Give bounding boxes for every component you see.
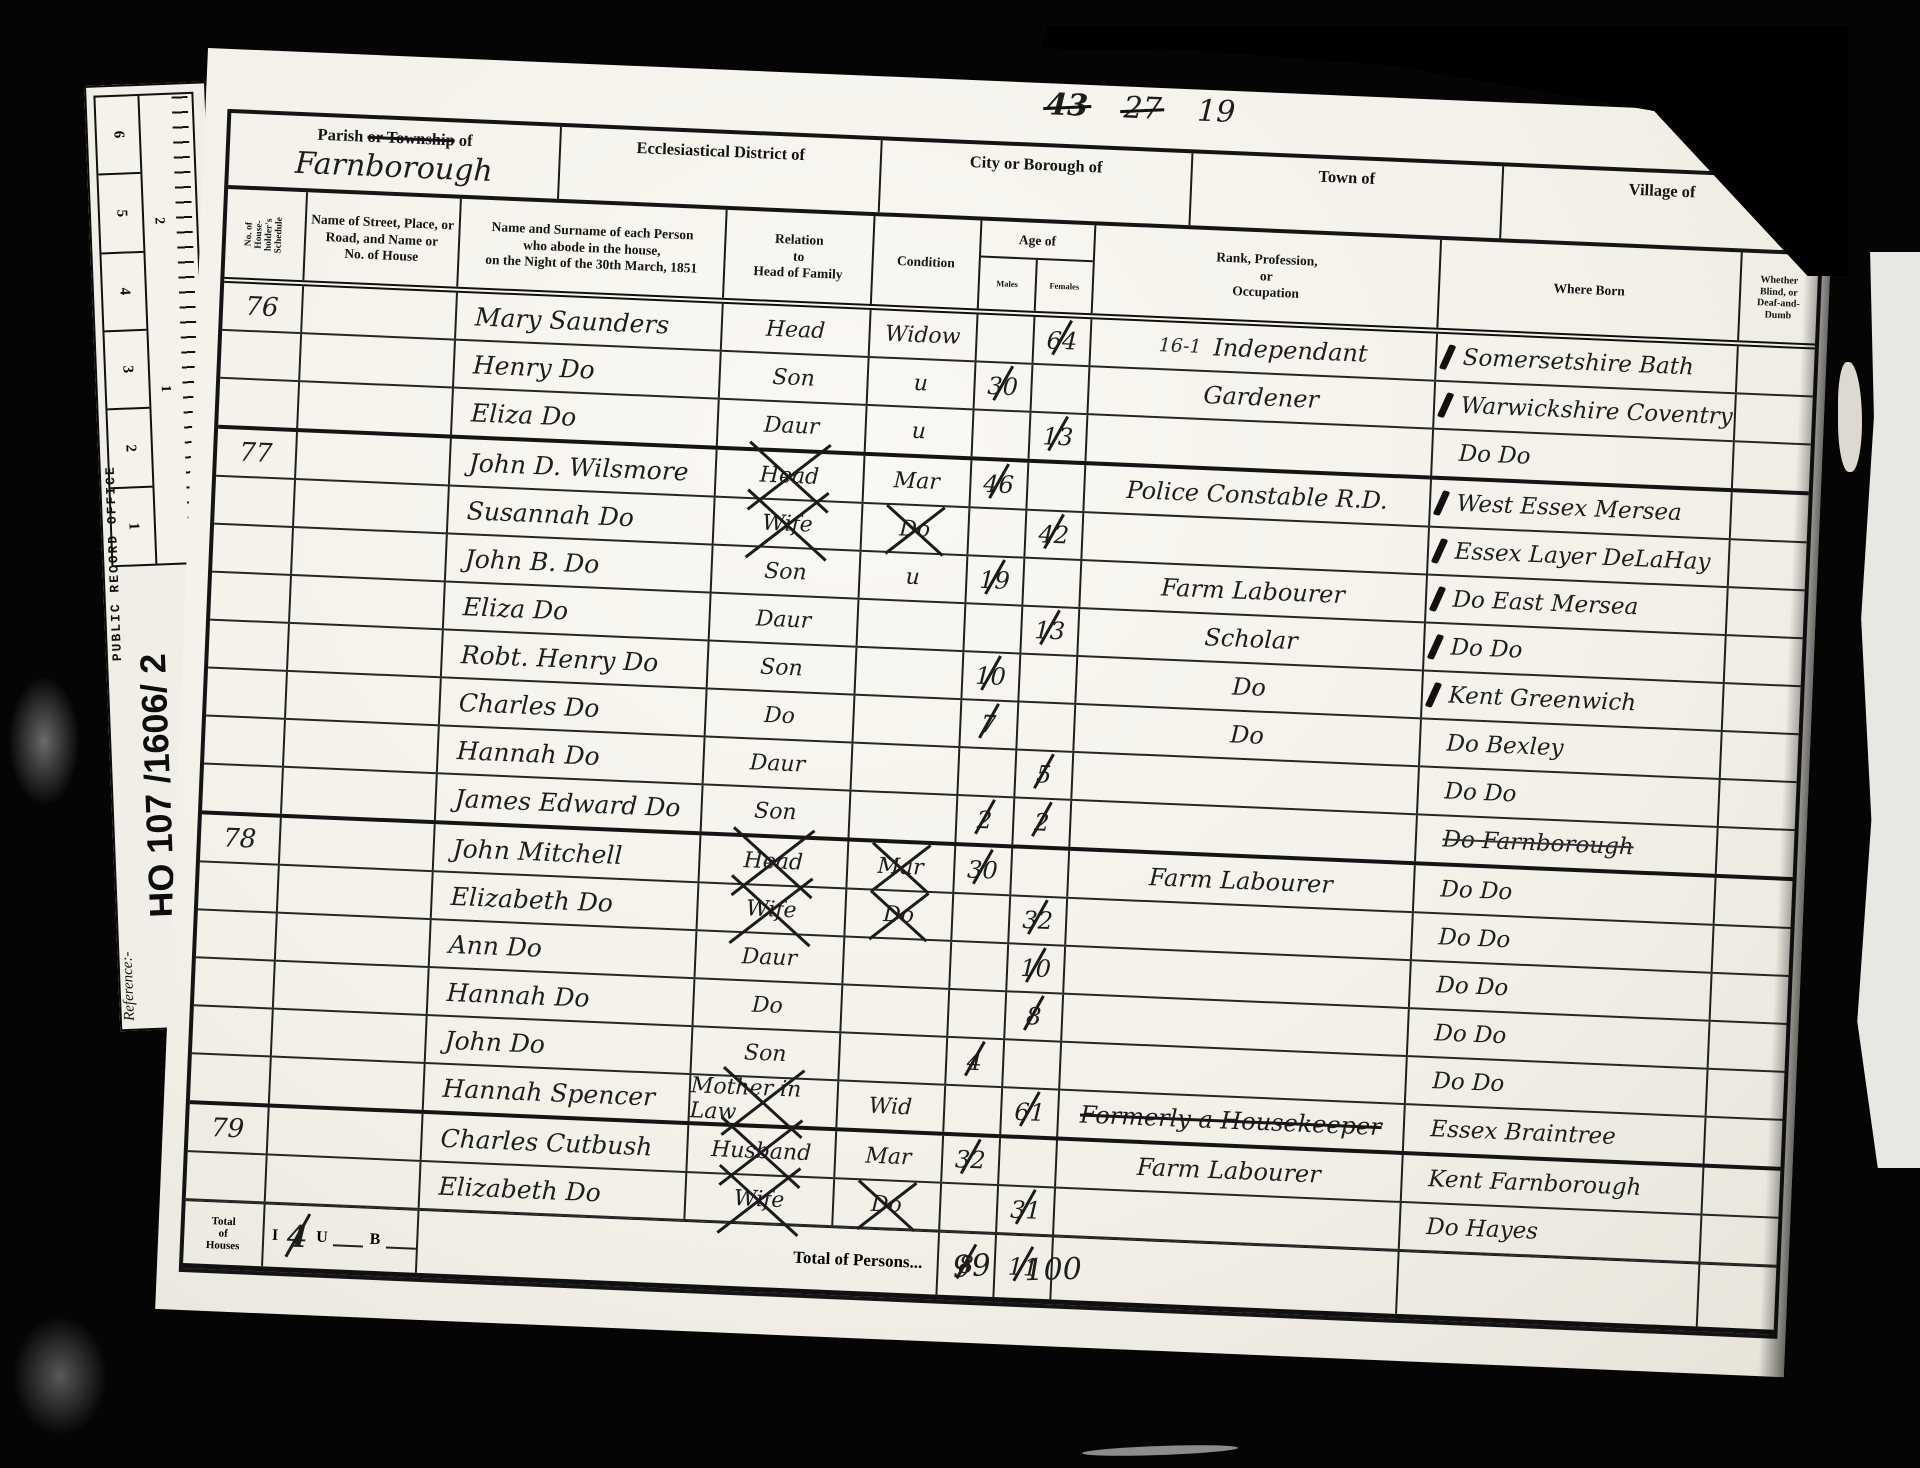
born-wrap: Do Do: [1432, 440, 1732, 478]
age-female-value: [1039, 582, 1065, 583]
schedule-cell: [214, 477, 295, 526]
scan-smudge: [8, 676, 80, 806]
condition-cell: Do: [833, 1179, 941, 1229]
name-cell: John D. Wilsmore: [450, 439, 718, 496]
name-cell: John B. Do: [446, 534, 714, 591]
district-cell: Ecclesiastical District of: [559, 127, 882, 212]
scan-smudge: [12, 1316, 108, 1436]
age-female-cell: [1027, 463, 1086, 511]
occupation-value: Do: [1230, 720, 1265, 749]
born-wrap: Essex Braintree: [1404, 1115, 1704, 1153]
schedule-cell: 76: [222, 283, 303, 332]
person-name: Mary Saunders: [456, 301, 669, 339]
district-label: Ecclesiastical District of: [561, 135, 880, 168]
age-female-cell: [999, 1138, 1058, 1186]
relation-value: Son: [744, 1040, 788, 1067]
born-wrap: Warwickshire Coventry: [1434, 392, 1734, 430]
born-value: Warwickshire Coventry: [1460, 393, 1733, 430]
tally-tick-mark: [1436, 392, 1454, 418]
schedule-cell: [202, 764, 283, 813]
occupation-wrap: Gardener: [1089, 376, 1433, 418]
born-value: Do Do: [1444, 778, 1517, 807]
age-male-cell: [952, 894, 1011, 942]
age-male-cell: 10: [962, 652, 1021, 700]
street-cell: [296, 432, 452, 484]
census-rows: 76 Mary Saunders Head Widow 64 16-1 Inde…: [186, 283, 1815, 1267]
relation-cell: Daur: [704, 737, 854, 789]
condition-value: Do: [899, 516, 931, 542]
schedule-cell: 77: [216, 429, 297, 478]
relation-cell: Son: [691, 1027, 841, 1079]
condition-value: u: [905, 564, 920, 590]
schedule-cell: [194, 958, 275, 1007]
schedule-number: 77: [239, 438, 273, 469]
torn-paper-edge: [1856, 252, 1920, 1168]
occupation-wrap: [1067, 922, 1410, 936]
occupation-value: Formerly a Housekeeper: [1079, 1100, 1382, 1141]
scan-background: 654321 21 PUBLIC RECORD OFFICE HO 107 /1…: [0, 0, 1920, 1468]
condition-cell: [841, 985, 949, 1035]
ruler-number: 5: [98, 174, 143, 254]
condition-cell: Wid: [837, 1081, 945, 1131]
age-male-cell: 46: [970, 460, 1029, 508]
street-cell: [290, 576, 446, 628]
occupation-value: Farm Labourer: [1148, 863, 1333, 899]
tally-tick-mark: [1438, 344, 1456, 370]
occupation-wrap: [1088, 438, 1431, 452]
condition-cell: [851, 744, 959, 794]
age-male-value: 10: [975, 662, 1007, 691]
age-male-cell: [976, 314, 1035, 362]
tally-tick-mark: [1430, 538, 1448, 564]
relation-value: Daur: [749, 750, 805, 777]
street-cell: [284, 720, 440, 772]
relation-cell: Head: [722, 304, 872, 356]
age-male-value: 30: [987, 372, 1019, 401]
folio-number-struck: 43: [1046, 87, 1089, 124]
colhead-born: Where Born: [1438, 240, 1742, 341]
age-female-cell: [1019, 655, 1078, 703]
born-value: West Essex Mersea: [1456, 491, 1682, 526]
relation-value: Do: [763, 702, 795, 728]
relation-cell: Head: [699, 835, 849, 887]
born-value: Kent Farnborough: [1428, 1166, 1642, 1201]
age-male-cell: 7: [960, 700, 1019, 748]
born-wrap: Somersetshire Bath: [1436, 344, 1736, 382]
colhead-age-label: Age of: [1019, 222, 1057, 250]
city-label: City or Borough of: [881, 148, 1190, 181]
street-cell: [298, 382, 454, 434]
occupation-wrap: [1061, 1066, 1404, 1080]
occupation-value: Gardener: [1203, 381, 1320, 414]
born-value: Do East Mersea: [1452, 587, 1639, 621]
condition-cell: [857, 600, 965, 650]
name-cell: John Do: [426, 1016, 694, 1073]
born-value: Do Do: [1458, 441, 1531, 470]
person-name: James Edward Do: [436, 783, 681, 822]
occupation-wrap: [1055, 1211, 1398, 1225]
street-cell: [265, 1155, 421, 1207]
condition-value: u: [911, 418, 926, 444]
age-female-cell: 13: [1029, 413, 1088, 461]
condition-cell: Do: [845, 890, 953, 940]
parish-label-struck: or Township: [367, 127, 455, 150]
age-male-cell: 30: [974, 362, 1033, 410]
age-female-value: [1035, 678, 1061, 679]
relation-cell: Husband: [687, 1125, 837, 1177]
age-female-cell: 2: [1013, 798, 1072, 846]
schedule-cell: [218, 379, 299, 428]
age-male-value: [988, 434, 1014, 435]
age-female-cell: 13: [1021, 607, 1080, 655]
age-male-cell: [950, 942, 1009, 990]
relation-cell: Son: [712, 546, 862, 598]
age-female-value: [1043, 486, 1069, 487]
census-page: 43 27 19 Parish or Township of Farnborou…: [155, 48, 1836, 1377]
age-male-value: 7: [975, 710, 1002, 739]
pencil-note: 16-1: [1158, 334, 1202, 358]
born-value: Do Do: [1436, 972, 1509, 1001]
relation-cell: Do: [693, 979, 843, 1031]
relation-cell: Head: [716, 450, 866, 502]
colhead-schedule: No. of House- holder's Schedule: [224, 189, 307, 280]
age-female-cell: 42: [1025, 511, 1084, 559]
occupation-wrap: Police Constable R.D.: [1085, 474, 1429, 516]
condition-cell: [839, 1033, 947, 1083]
relation-value: Do: [751, 992, 783, 1018]
age-male-value: [965, 966, 991, 967]
age-female-cell: 32: [1009, 896, 1068, 944]
occupation-value: Independant: [1213, 333, 1368, 367]
schedule-cell: [190, 1054, 271, 1103]
houses-value: 4: [283, 1219, 310, 1255]
age-female-value: 61: [1014, 1098, 1046, 1127]
condition-cell: [849, 792, 957, 842]
relation-value: Head: [743, 848, 803, 875]
age-female-value: 32: [1022, 906, 1054, 935]
person-name: Susannah Do: [448, 495, 634, 532]
occupation-wrap: [1084, 536, 1427, 550]
scan-highlight: [1082, 1443, 1238, 1457]
age-female-cell: [1031, 365, 1090, 413]
street-cell: [273, 962, 429, 1014]
folio-numbers: 43 27 19: [1046, 87, 1262, 131]
person-name: Elizabeth Do: [420, 1170, 601, 1207]
relation-cell: Son: [708, 642, 858, 694]
inhabited-label: I: [272, 1227, 279, 1245]
name-cell: Susannah Do: [448, 487, 716, 544]
schedule-number: 79: [210, 1113, 244, 1144]
born-wrap: Do Bexley: [1420, 729, 1720, 767]
schedule-cell: [220, 331, 301, 380]
street-cell: [292, 528, 448, 580]
age-male-cell: 19: [966, 556, 1025, 604]
age-male-cell: 32: [942, 1136, 1001, 1184]
age-male-value: 46: [983, 470, 1015, 499]
parish-label-pre: Parish: [317, 125, 364, 146]
ruler-number: 4: [101, 252, 146, 332]
condition-cell: [853, 696, 961, 746]
person-name: Charles Do: [440, 687, 600, 723]
relation-cell: Son: [720, 352, 870, 404]
age-female-value: 8: [1020, 1002, 1047, 1031]
schedule-cell: [204, 717, 285, 766]
occupation-wrap: [1063, 1018, 1406, 1032]
age-male-value: 4: [961, 1047, 988, 1076]
schedule-cell: [196, 910, 277, 959]
relation-cell: Wife: [685, 1173, 835, 1225]
age-female-value: [1027, 872, 1053, 873]
tally-tick-mark: [1432, 490, 1450, 516]
condition-cell: Mar: [863, 456, 971, 506]
name-cell: Hannah Do: [428, 968, 696, 1025]
colhead-occupation: Rank, Profession, or Occupation: [1093, 225, 1442, 327]
age-female-value: [1019, 1064, 1045, 1065]
tally-tick-mark: [1424, 682, 1442, 708]
condition-value: Mar: [877, 853, 924, 880]
condition-value: Mar: [893, 468, 940, 495]
name-cell: Hannah Spencer: [424, 1064, 692, 1121]
age-female-cell: 61: [1001, 1088, 1060, 1136]
relation-value: Mother in Law: [689, 1073, 837, 1129]
colhead-name: Name and Surname of each Person who abod…: [458, 199, 727, 298]
person-name: Elizabeth Do: [432, 881, 613, 918]
occupation-wrap: Formerly a Housekeeper: [1059, 1100, 1403, 1142]
age-female-value: [1033, 726, 1059, 727]
town-label: Town of: [1192, 161, 1501, 194]
folio-number-struck: 27: [1123, 90, 1163, 127]
occupation-wrap: Do: [1075, 714, 1419, 756]
condition-value: u: [913, 370, 928, 396]
street-cell: [294, 480, 450, 532]
born-value: Essex Braintree: [1430, 1116, 1616, 1150]
condition-value: Mar: [865, 1143, 912, 1170]
person-name: Henry Do: [454, 349, 595, 384]
born-value: Do Bexley: [1446, 730, 1564, 761]
condition-cell: Widow: [870, 310, 978, 360]
relation-cell: Mother in Law: [689, 1075, 839, 1127]
street-cell: [279, 818, 435, 870]
reference-label: Reference:-: [117, 881, 139, 1022]
street-cell: [271, 1010, 427, 1062]
born-wrap: Kent Greenwich: [1422, 681, 1722, 719]
occupation-wrap: Do: [1077, 666, 1421, 708]
occupation-value: Farm Labourer: [1136, 1153, 1321, 1189]
born-wrap: Do Do: [1418, 777, 1718, 815]
born-value: Do Do: [1432, 1068, 1505, 1097]
born-value: Essex Layer DeLaHay: [1454, 539, 1711, 576]
occupation-wrap: Scholar: [1079, 618, 1423, 660]
houses-tally-cell: I 4 U B: [263, 1204, 420, 1272]
occupation-value: Farm Labourer: [1161, 573, 1346, 609]
occupation-value: Do: [1232, 672, 1267, 701]
condition-cell: Mar: [835, 1131, 943, 1181]
relation-value: Daur: [763, 412, 819, 439]
parish-label-post: of: [459, 131, 474, 151]
age-male-cell: 2: [956, 796, 1015, 844]
condition-cell: [843, 937, 951, 987]
born-wrap: West Essex Mersea: [1430, 490, 1730, 528]
schedule-cell: [208, 621, 289, 670]
total-houses-label-cell: Total of Houses: [183, 1201, 265, 1266]
person-name: John Mitchell: [434, 833, 623, 870]
age-male-cell: [972, 410, 1031, 458]
name-cell: Robt. Henry Do: [442, 630, 710, 687]
age-female-cell: [1023, 559, 1082, 607]
relation-cell: Do: [706, 689, 856, 741]
name-cell: Eliza Do: [444, 582, 712, 639]
blank-rule: [333, 1230, 364, 1247]
born-wrap: Do Do: [1406, 1067, 1706, 1105]
age-female-cell: 31: [997, 1186, 1056, 1234]
relation-value: Son: [764, 558, 808, 585]
total-houses-label: Total of Houses: [184, 1214, 263, 1253]
born-wrap: Essex Layer DeLaHay: [1428, 538, 1728, 576]
street-cell: [302, 286, 458, 338]
born-value: Do Do: [1438, 924, 1511, 953]
name-cell: Elizabeth Do: [432, 872, 700, 929]
age-female-cell: [1017, 703, 1076, 751]
ruler-number: 1: [157, 385, 173, 393]
occupation-value: Scholar: [1204, 623, 1298, 655]
age-male-value: 30: [967, 856, 999, 885]
relation-cell: Daur: [695, 931, 845, 983]
schedule-cell: [206, 669, 287, 718]
born-value: Do Do: [1440, 876, 1513, 905]
page-total-a: 99: [952, 1248, 992, 1285]
born-value: Do Hayes: [1426, 1214, 1539, 1245]
born-value: Kent Greenwich: [1448, 683, 1637, 717]
age-male-value: [963, 1013, 989, 1014]
totals-born-cell: [1397, 1252, 1700, 1327]
relation-value: Wife: [733, 1186, 784, 1213]
age-female-value: 10: [1020, 954, 1052, 983]
born-wrap: Do Do: [1424, 633, 1724, 671]
relation-value: Son: [760, 654, 804, 681]
age-female-cell: 5: [1015, 751, 1074, 799]
name-cell: Charles Cutbush: [422, 1114, 690, 1171]
name-cell: Ann Do: [430, 920, 698, 977]
age-female-value: 13: [1042, 422, 1074, 451]
name-cell: Elizabeth Do: [420, 1162, 688, 1219]
age-male-value: [967, 918, 993, 919]
age-female-cell: 64: [1033, 317, 1092, 365]
age-male-value: [974, 772, 1000, 773]
age-male-value: [984, 532, 1010, 533]
born-value: Do Do: [1434, 1020, 1507, 1049]
age-male-cell: [968, 508, 1027, 556]
relation-cell: Daur: [710, 594, 860, 646]
age-male-cell: 30: [954, 846, 1013, 894]
town-cell: Town of: [1190, 153, 1504, 238]
person-name: Eliza Do: [452, 397, 576, 431]
colhead-schedule-text: No. of House- holder's Schedule: [244, 216, 285, 254]
age-male-value: 19: [979, 566, 1011, 595]
age-female-cell: 10: [1007, 944, 1066, 992]
born-wrap: Do Hayes: [1400, 1213, 1700, 1251]
street-cell: [300, 334, 456, 386]
person-name: Hannah Do: [438, 735, 600, 771]
occupation-wrap: Farm Labourer: [1057, 1150, 1401, 1192]
relation-value: Head: [759, 462, 819, 489]
condition-cell: Mar: [847, 842, 955, 892]
born-wrap: Do Do: [1410, 971, 1710, 1009]
person-name: Hannah Do: [428, 977, 590, 1013]
schedule-number: 78: [223, 823, 257, 854]
schedule-cell: [192, 1006, 273, 1055]
street-cell: [282, 768, 438, 820]
age-female-cell: [1011, 848, 1070, 896]
name-cell: Henry Do: [454, 341, 722, 398]
name-cell: Hannah Do: [438, 726, 706, 783]
relation-cell: Wife: [697, 883, 847, 935]
age-female-value: [1015, 1162, 1041, 1163]
schedule-cell: [210, 573, 291, 622]
relation-value: Son: [772, 364, 816, 391]
age-female-value: 5: [1030, 760, 1057, 789]
name-cell: Charles Do: [440, 678, 708, 735]
census-table: Parish or Township of Farnborough Eccles…: [179, 109, 1826, 1339]
parish-cell: Parish or Township of Farnborough: [228, 113, 562, 199]
name-cell: James Edward Do: [436, 774, 704, 831]
person-name: Charles Cutbush: [422, 1122, 653, 1161]
colhead-street: Name of Street, Place, or Road, and Name…: [304, 192, 462, 286]
age-female-cell: 8: [1005, 992, 1064, 1040]
condition-cell: Do: [861, 504, 969, 554]
colhead-relation: Relation to Head of Family: [724, 210, 876, 304]
occupation-value: Police Constable R.D.: [1126, 476, 1388, 515]
occupation-wrap: Farm Labourer: [1081, 570, 1425, 612]
condition-cell: u: [866, 406, 974, 456]
condition-value: Widow: [885, 321, 961, 349]
condition-value: Do: [883, 902, 915, 928]
age-male-cell: [940, 1184, 999, 1232]
person-name: John B. Do: [446, 543, 600, 578]
relation-value: Daur: [755, 606, 811, 633]
blank-rule: [386, 1233, 417, 1250]
age-female-value: 2: [1028, 808, 1055, 837]
born-value: Do Farnborough: [1442, 826, 1634, 860]
age-male-value: [955, 1207, 981, 1208]
person-name: Eliza Do: [444, 591, 568, 625]
person-name: Ann Do: [430, 929, 542, 963]
relation-value: Son: [754, 798, 798, 825]
relation-value: Wife: [746, 896, 797, 923]
schedule-cell: [198, 862, 279, 911]
born-wrap: Do Do: [1408, 1019, 1708, 1057]
folio-number: 19: [1197, 93, 1237, 130]
tally-tick-mark: [1426, 634, 1444, 660]
ruler-number: 2: [150, 217, 166, 225]
page-total-b: 100: [1024, 1252, 1082, 1289]
condition-value: Wid: [868, 1093, 912, 1120]
name-cell: John Mitchell: [434, 824, 702, 881]
born-wrap: Do Do: [1414, 875, 1714, 913]
occupation-wrap: [1073, 776, 1416, 790]
ruler-number: 3: [104, 331, 149, 411]
building-label: B: [369, 1231, 380, 1249]
colhead-condition: Condition: [872, 216, 982, 308]
age-male-cell: [948, 990, 1007, 1038]
age-female-value: 31: [1010, 1196, 1042, 1225]
age-female-value: 64: [1046, 326, 1078, 355]
condition-cell: u: [868, 358, 976, 408]
condition-cell: [855, 648, 963, 698]
schedule-cell: [212, 525, 293, 574]
born-wrap: Do Farnborough: [1416, 825, 1716, 863]
relation-cell: Son: [702, 785, 852, 837]
person-name: John D. Wilsmore: [450, 447, 689, 486]
